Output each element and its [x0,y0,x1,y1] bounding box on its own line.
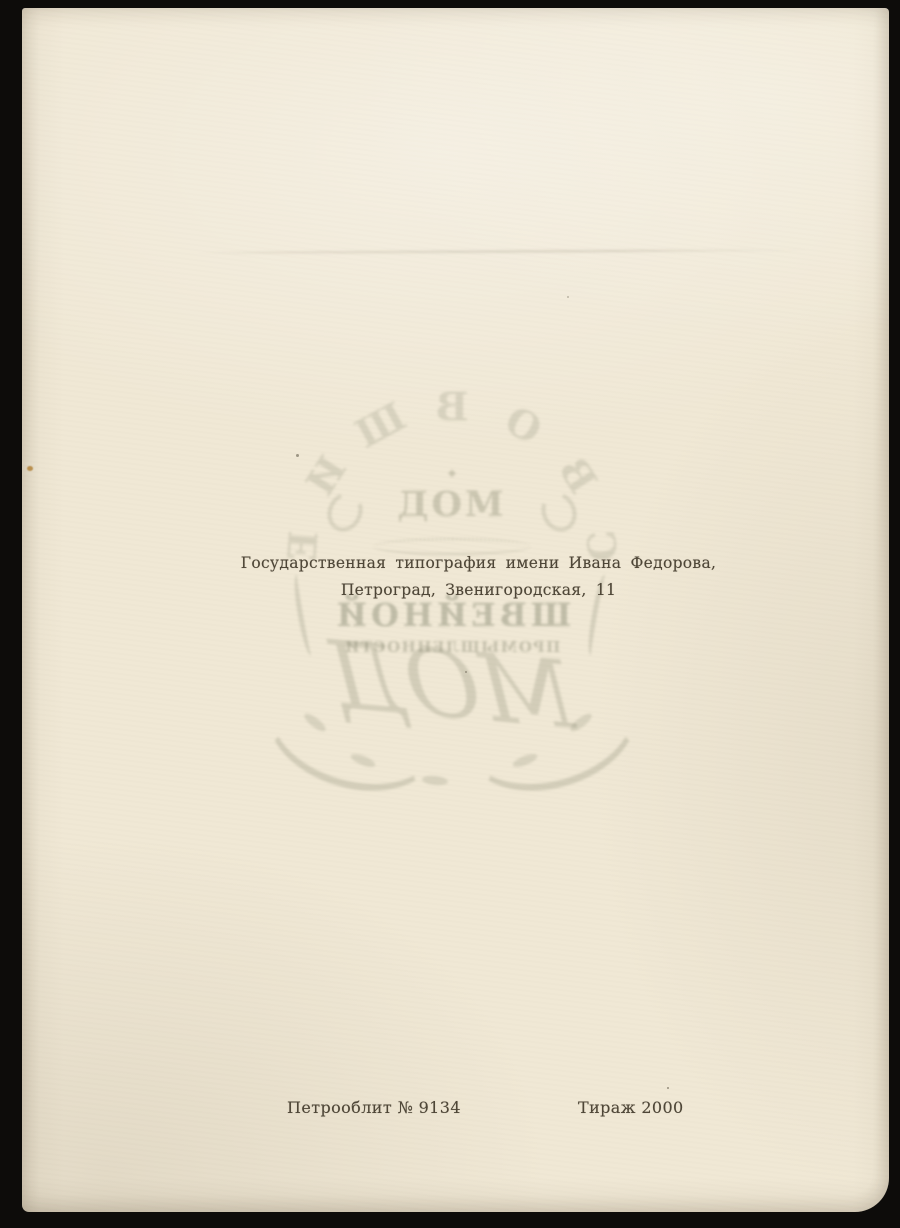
colophon-line2: Петроград, Звенигородская, 11 [45,577,900,604]
footer: Петрооблит № 9134 Тираж 2000 [22,1098,889,1122]
ghost-leaf-icon [349,751,376,769]
ghost-word-promyshlennosti: ПРОМЫШЛЕННОСТИ [344,638,561,656]
ghost-leaf-icon [302,711,328,734]
ghost-scroll-right-icon [535,487,582,537]
footer-censor-number: Петрооблит № 9134 [287,1098,461,1117]
ghost-leaf-icon [511,751,538,769]
paper-speck [296,454,299,457]
paper-speck [27,466,33,471]
paper-speck [465,671,467,673]
ghost-script-mod: МОД [326,621,577,750]
colophon: Государственная типография имени Ивана Ф… [45,550,900,604]
ghost-arc-letter: В [551,452,602,501]
footer-print-run: Тираж 2000 [578,1098,684,1117]
paper-speck [667,1087,669,1089]
ghost-wreath-left-icon [253,648,455,810]
ghost-arc-letter: Ш [350,397,412,455]
paper-crease [190,249,818,255]
ghost-arc-letter: В [436,389,469,428]
paper-page: СВОВШИЕ ◆ ДОМ МОД ШВЕЙНОЙ ПРОМЫШЛЕННОСТИ… [22,8,889,1212]
ghost-leaf-icon [568,711,594,734]
ghost-word-dom: ДОМ [397,484,506,525]
ghost-scroll-left-icon [321,487,368,537]
ghost-arc-letter: И [301,450,354,502]
ghost-leaf-icon [422,775,449,787]
ghost-wreath-right-icon [449,648,651,810]
ghost-ornament-icon: ◆ [448,468,456,479]
ghost-arc-letter: О [499,401,548,452]
colophon-line1: Государственная типография имени Ивана Ф… [45,550,900,577]
paper-speck [567,296,569,298]
